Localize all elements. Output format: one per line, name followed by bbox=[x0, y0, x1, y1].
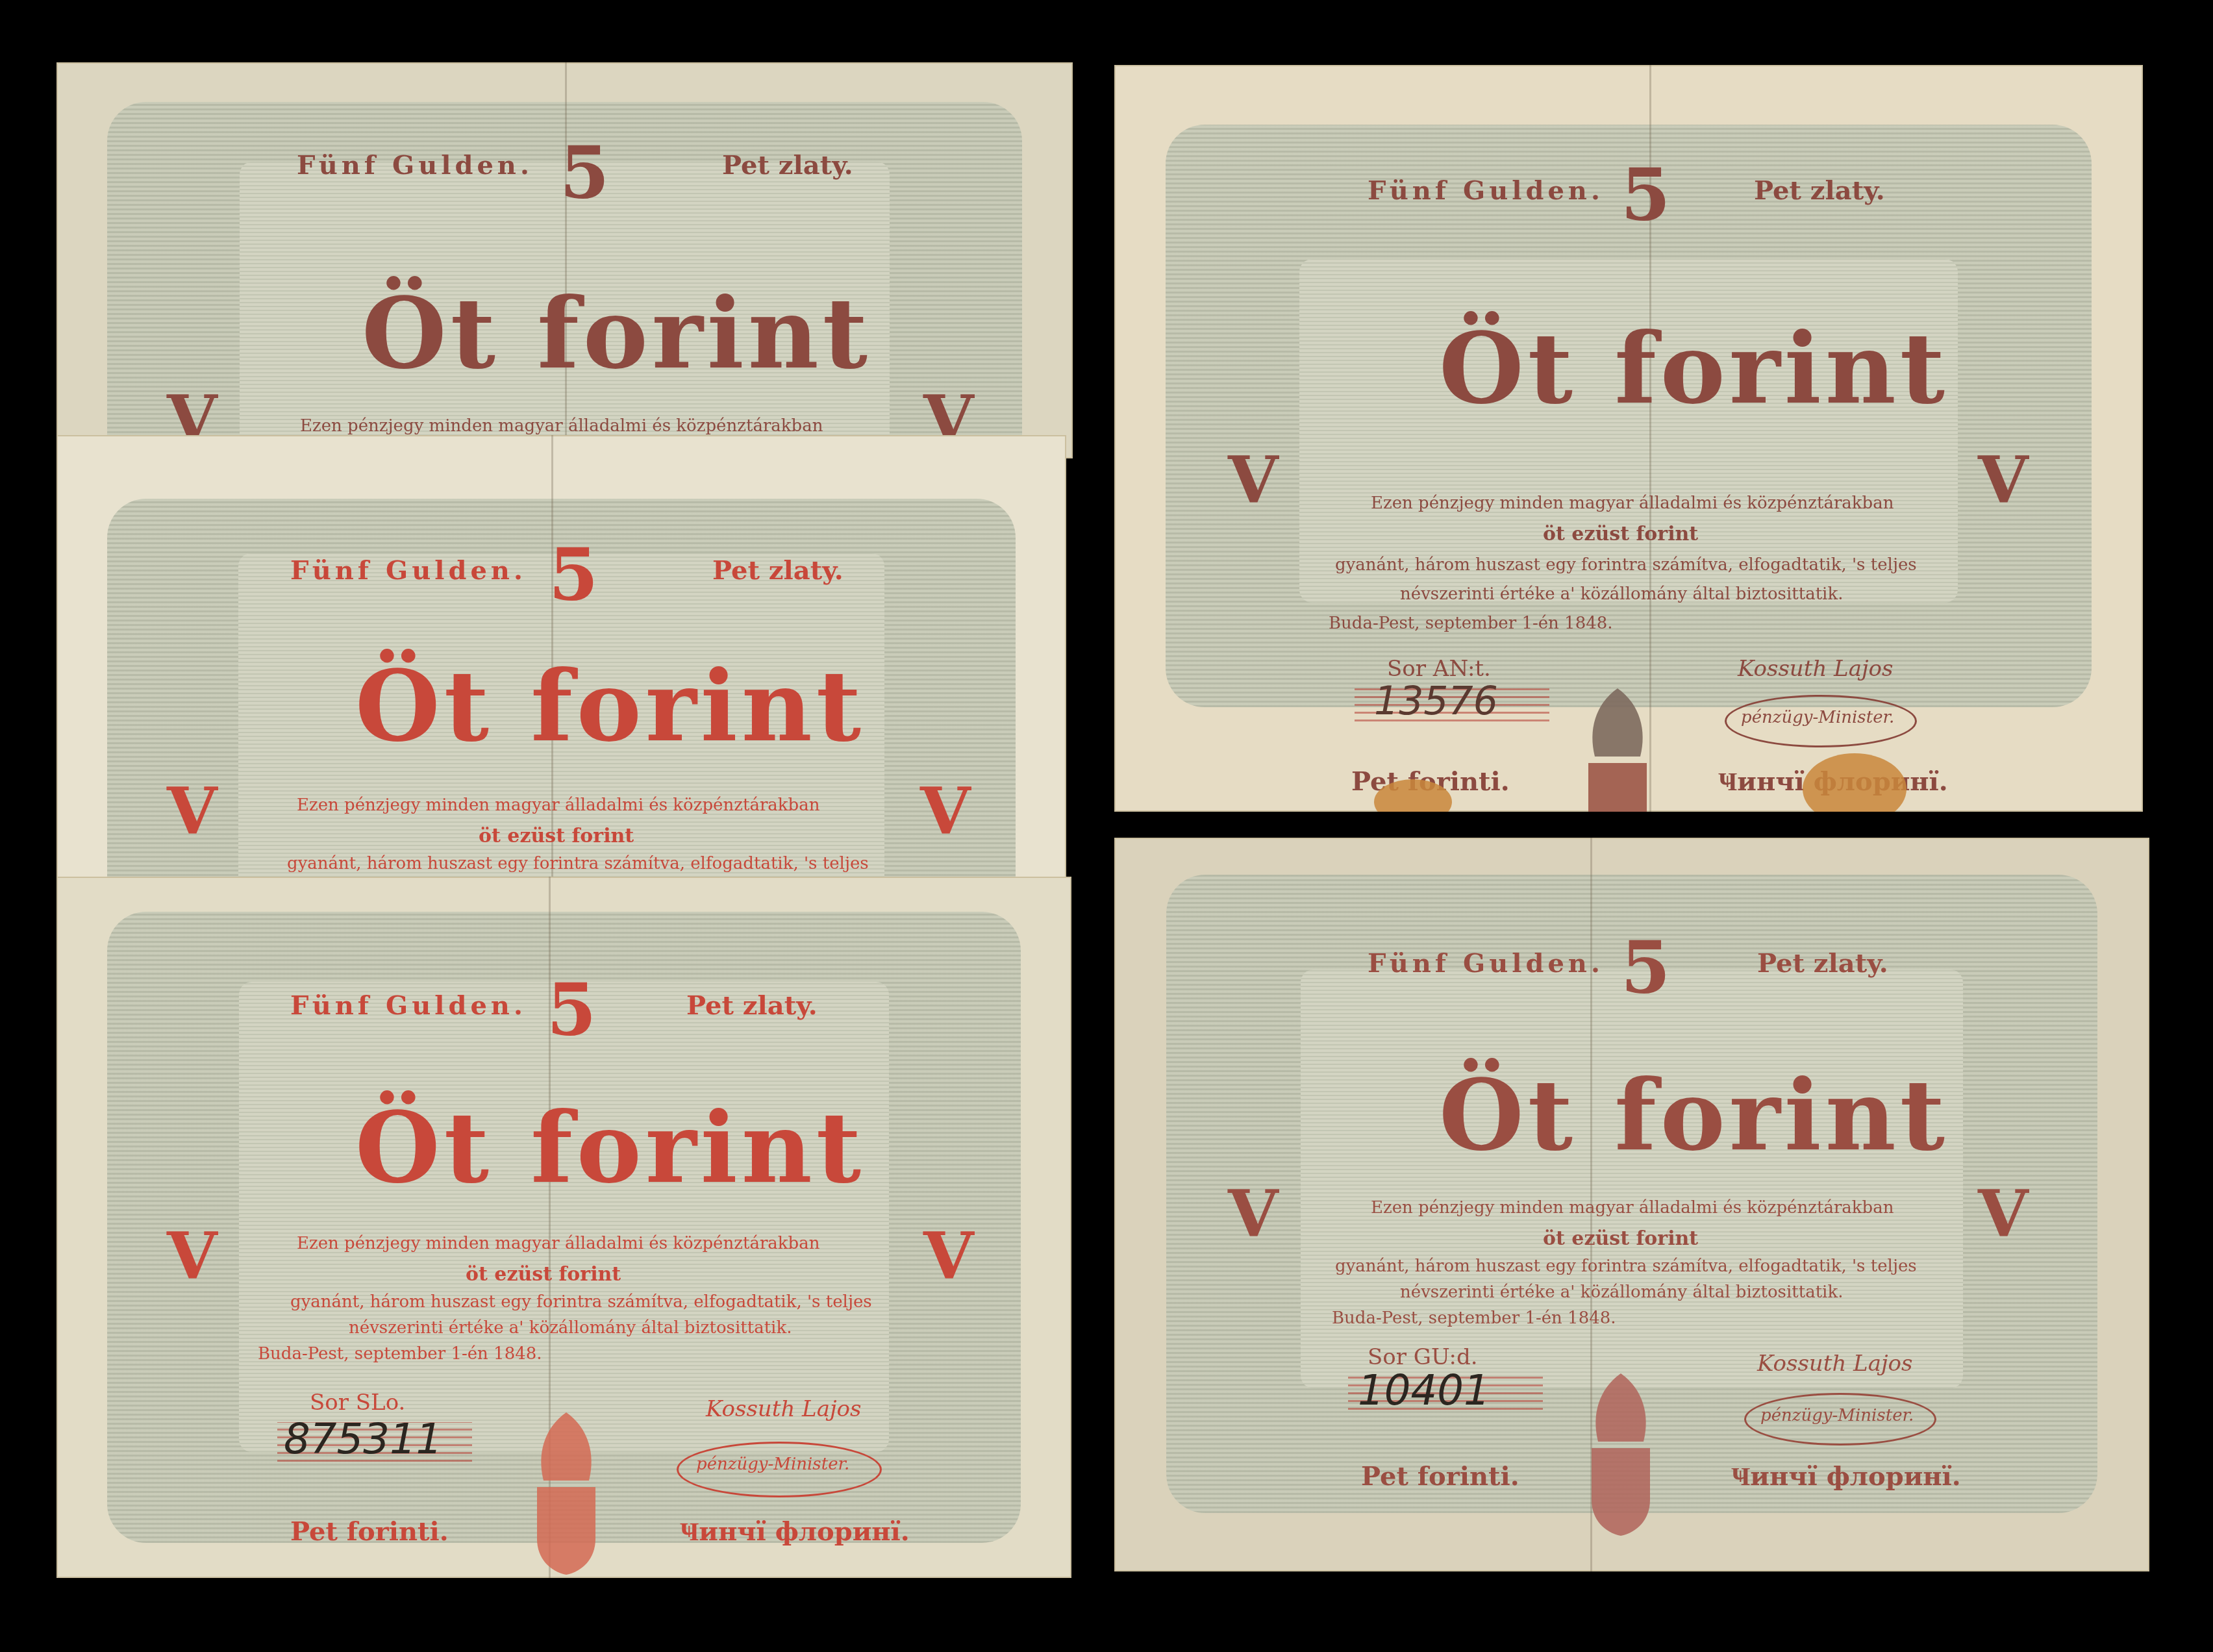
header-left: Fünf Gulden. bbox=[290, 990, 527, 1021]
serial-number: 10401 bbox=[1358, 1367, 1490, 1415]
banknote-middle-left: Fünf Gulden. 5 Pet zlaty. Öt forint V V … bbox=[56, 435, 1066, 890]
series-label: Sor AN:t. bbox=[1387, 656, 1491, 682]
text-line-2: öt ezüst forint bbox=[479, 825, 634, 847]
footer-left: Pet forinti. bbox=[1361, 1461, 1519, 1492]
value-mark-right: V bbox=[923, 1218, 974, 1294]
serial-number: 875311 bbox=[284, 1416, 442, 1464]
serial-number: 13576 bbox=[1374, 679, 1498, 724]
text-line-4: névszerinti értéke a' közállomány által … bbox=[349, 1318, 792, 1338]
header-center-numeral: 5 bbox=[1621, 153, 1671, 236]
fold-crease bbox=[565, 62, 567, 458]
text-line-1: Ezen pénzjegy minden magyar álladalmi és… bbox=[1371, 494, 1894, 513]
value-mark-left: V bbox=[1228, 442, 1279, 518]
header-center-numeral: 5 bbox=[547, 968, 597, 1051]
text-line-3: gyanánt, három huszast egy forintra szám… bbox=[287, 854, 869, 873]
signature-title: pénzügy-Minister. bbox=[1741, 708, 1894, 727]
footer-left: Pet forinti. bbox=[290, 1516, 449, 1547]
series-label: Sor SLo. bbox=[310, 1390, 405, 1416]
value-mark-right: V bbox=[1978, 442, 2029, 518]
header-right: Pet zlaty. bbox=[1754, 175, 1885, 206]
header-left: Fünf Gulden. bbox=[1368, 175, 1604, 206]
header-center-numeral: 5 bbox=[1621, 925, 1671, 1009]
title-ot-forint: Öt forint bbox=[362, 277, 871, 391]
guilloche-field bbox=[1299, 259, 1958, 603]
banknote-bottom-left: Fünf Gulden. 5 Pet zlaty. Öt forint V V … bbox=[56, 877, 1071, 1578]
title-ot-forint: Öt forint bbox=[355, 1091, 865, 1205]
coat-of-arms-icon bbox=[518, 1409, 615, 1578]
signature: Kossuth Lajos bbox=[706, 1396, 861, 1422]
value-mark-left: V bbox=[1228, 1175, 1279, 1252]
value-mark-right: V bbox=[1978, 1175, 2029, 1252]
title-ot-forint: Öt forint bbox=[1439, 1058, 1949, 1173]
text-line-3: gyanánt, három huszast egy forintra szám… bbox=[1335, 555, 1917, 575]
banknote-top-left: Fünf Gulden. 5 Pet zlaty. Öt forint V V … bbox=[56, 62, 1073, 458]
text-line-2: öt ezüst forint bbox=[1543, 1227, 1698, 1250]
header-right: Pet zlaty. bbox=[1757, 948, 1888, 979]
place-date: Buda-Pest, september 1-én 1848. bbox=[1332, 1308, 1616, 1328]
value-mark-left: V bbox=[167, 1218, 218, 1294]
header-right: Pet zlaty. bbox=[686, 990, 818, 1021]
text-line-4: névszerinti értéke a' közállomány által … bbox=[1400, 584, 1843, 604]
coat-of-arms-icon bbox=[1569, 685, 1666, 812]
text-line-1: Ezen pénzjegy minden magyar álladalmi és… bbox=[300, 416, 823, 436]
header-left: Fünf Gulden. bbox=[297, 150, 533, 181]
text-line-2: öt ezüst forint bbox=[1543, 523, 1698, 545]
header-center-numeral: 5 bbox=[560, 131, 610, 214]
value-mark-left: V bbox=[167, 773, 218, 849]
signature: Kossuth Lajos bbox=[1738, 656, 1893, 682]
text-line-1: Ezen pénzjegy minden magyar álladalmi és… bbox=[1371, 1198, 1894, 1218]
banknote-bottom-right: Fünf Gulden. 5 Pet zlaty. Öt forint V V … bbox=[1114, 838, 2149, 1571]
coat-of-arms-icon bbox=[1572, 1370, 1669, 1539]
text-line-1: Ezen pénzjegy minden magyar álladalmi és… bbox=[297, 795, 819, 815]
value-mark-right: V bbox=[920, 773, 971, 849]
series-label: Sor GU:d. bbox=[1368, 1344, 1477, 1370]
place-date: Buda-Pest, september 1-én 1848. bbox=[1329, 614, 1613, 633]
stain bbox=[1803, 753, 1907, 812]
signature-title: pénzügy-Minister. bbox=[696, 1455, 849, 1474]
header-right: Pet zlaty. bbox=[712, 555, 844, 586]
header-right: Pet zlaty. bbox=[722, 150, 853, 181]
place-date: Buda-Pest, september 1-én 1848. bbox=[258, 1344, 542, 1364]
text-line-3: gyanánt, három huszast egy forintra szám… bbox=[1335, 1257, 1917, 1276]
footer-right: Ҹинчї флоринї. bbox=[680, 1516, 910, 1547]
guilloche-field bbox=[239, 982, 888, 1452]
header-left: Fünf Gulden. bbox=[1368, 948, 1604, 979]
signature: Kossuth Lajos bbox=[1757, 1351, 1912, 1377]
text-line-4: névszerinti értéke a' közállomány által … bbox=[1400, 1283, 1843, 1302]
header-center-numeral: 5 bbox=[549, 532, 599, 616]
banknote-top-right: Fünf Gulden. 5 Pet zlaty. Öt forint V V … bbox=[1114, 65, 2143, 812]
text-line-1: Ezen pénzjegy minden magyar álladalmi és… bbox=[297, 1234, 819, 1253]
signature-title: pénzügy-Minister. bbox=[1760, 1406, 1914, 1425]
header-left: Fünf Gulden. bbox=[290, 555, 527, 586]
footer-right: Ҹинчї флоринї. bbox=[1731, 1461, 1961, 1492]
text-line-2: öt ezüst forint bbox=[466, 1263, 621, 1286]
title-ot-forint: Öt forint bbox=[1439, 312, 1949, 426]
text-line-3: gyanánt, három huszast egy forintra szám… bbox=[290, 1292, 872, 1312]
title-ot-forint: Öt forint bbox=[355, 649, 865, 764]
